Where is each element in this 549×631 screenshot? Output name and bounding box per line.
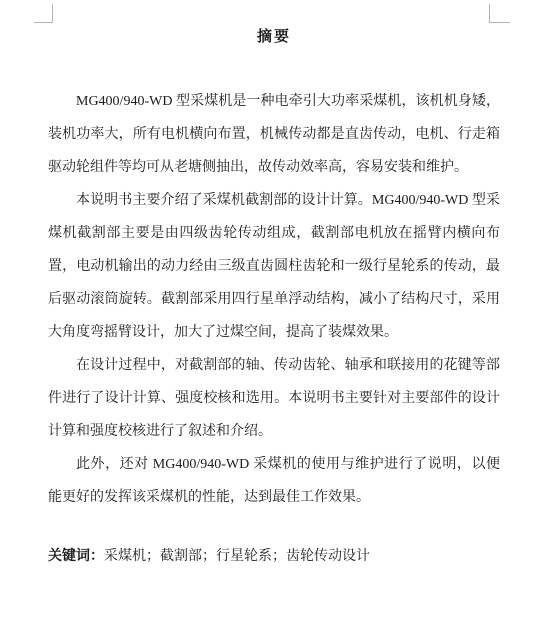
abstract-paragraph: 本说明书主要介绍了采煤机截割部的设计计算。MG400/940-WD 型采煤机截割… [48,184,500,349]
abstract-paragraph: 此外，还对 MG400/940-WD 采煤机的使用与维护进行了说明，以便能更好的… [48,448,500,514]
keywords-text: 采煤机；截割部；行星轮系；齿轮传动设计 [104,549,370,564]
document-page: 摘要 MG400/940-WD 型采煤机是一种电牵引大功率采煤机，该机机身矮，装… [0,0,549,631]
margin-crop-mark-top-left [34,4,53,23]
abstract-body: MG400/940-WD 型采煤机是一种电牵引大功率采煤机，该机机身矮，装机功率… [48,85,500,514]
keywords-line: 关键词：采煤机；截割部；行星轮系；齿轮传动设计 [48,545,500,569]
keywords-label: 关键词： [48,549,104,564]
abstract-paragraph: MG400/940-WD 型采煤机是一种电牵引大功率采煤机，该机机身矮，装机功率… [48,85,500,184]
margin-crop-mark-top-right [489,4,510,23]
page-content: 摘要 MG400/940-WD 型采煤机是一种电牵引大功率采煤机，该机机身矮，装… [48,26,500,569]
abstract-title: 摘要 [48,26,500,48]
abstract-paragraph: 在设计过程中，对截割部的轴、传动齿轮、轴承和联接用的花键等部件进行了设计计算、强… [48,349,500,448]
